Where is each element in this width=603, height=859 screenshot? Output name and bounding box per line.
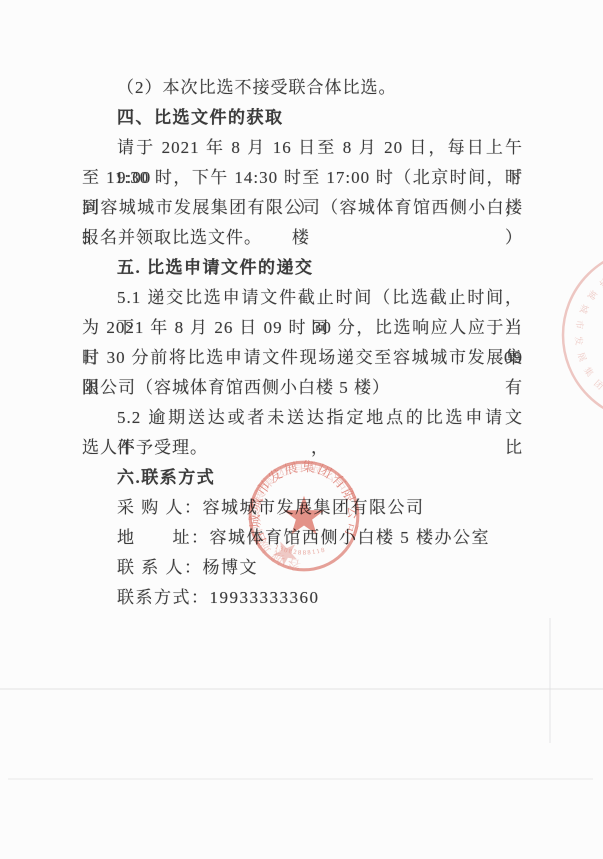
para-deadline-line-1: 5.1 递交比选申请文件截止时间（比选截止时间，下同） bbox=[82, 283, 523, 313]
para-joint-bid-clause: （2）本次比选不接受联合体比选。 bbox=[82, 73, 523, 103]
star-icon bbox=[284, 496, 325, 535]
scan-artifact-line bbox=[549, 618, 551, 743]
para-obtain-line-2: 至 11:30 时，下午 14:30 时至 17:00 时（北京时间，下同）， bbox=[82, 163, 523, 193]
para-obtain-line-3: 到容城城市发展集团有限公司（容城体育馆西侧小白楼 5 楼） bbox=[82, 193, 523, 223]
heading-section-5: 五. 比选申请文件的递交 bbox=[82, 253, 523, 283]
scan-artifact-line bbox=[8, 778, 593, 780]
heading-section-4: 四、比选文件的获取 bbox=[82, 103, 523, 133]
para-deadline-line-2: 为 2021 年 8 月 26 日 09 时 30 分，比选响应人应于当日 09 bbox=[82, 313, 523, 343]
scanned-document-page: （2）本次比选不接受联合体比选。 四、比选文件的获取 请于 2021 年 8 月… bbox=[0, 0, 603, 859]
contact-phone-line: 联系方式：19933333360 bbox=[82, 583, 523, 613]
scan-artifact-line bbox=[0, 688, 603, 690]
company-seal-stamp: 容城城市发展集团有限公司 容城城市发展集团有限公司 13082888118 bbox=[238, 450, 370, 582]
partial-edge-stamp: 容城城市发展集团有限公司 bbox=[543, 248, 603, 418]
para-obtain-line-1: 请于 2021 年 8 月 16 日至 8 月 20 日，每日上午 9:00 时 bbox=[82, 133, 523, 163]
para-deadline-line-3: 时 30 分前将比选申请文件现场递交至容城城市发展集团有 bbox=[82, 343, 523, 373]
para-late-delivery-line-1: 5.2 逾期送达或者未送达指定地点的比选申请文件，比 bbox=[82, 403, 523, 433]
